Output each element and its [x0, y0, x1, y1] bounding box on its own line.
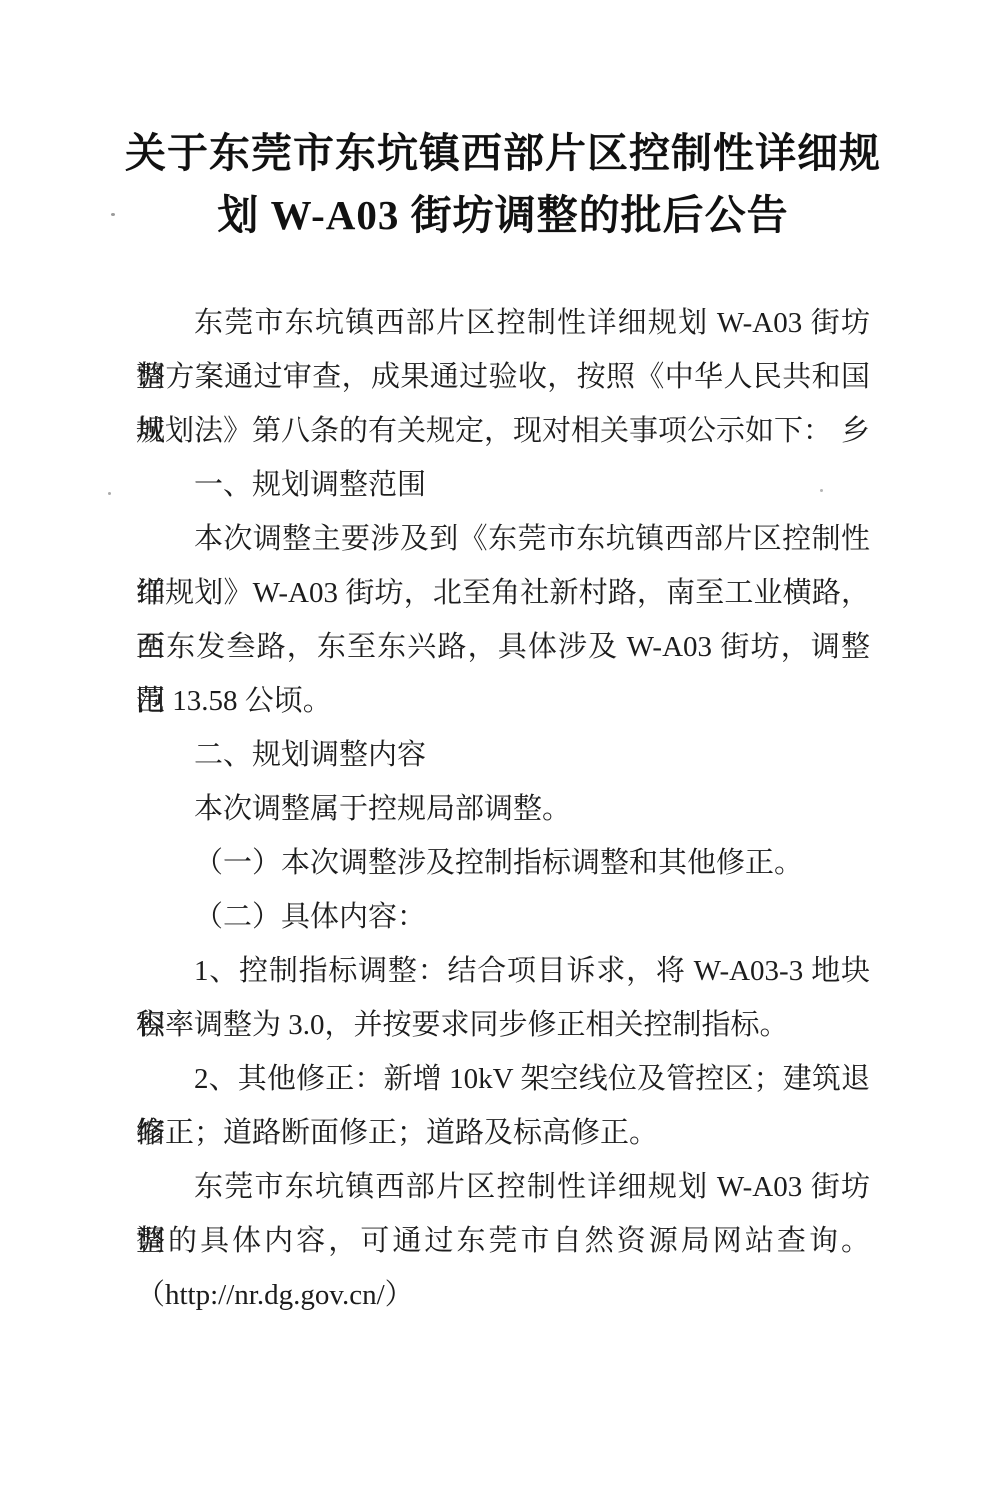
doc-line: 积率调整为 3.0，并按要求同步修正相关控制指标。 [136, 998, 870, 1052]
doc-line: 围 13.58 公顷。 [136, 674, 870, 728]
doc-line: 本次调整属于控规局部调整。 [136, 782, 870, 836]
doc-line: （一）本次调整涉及控制指标调整和其他修正。 [136, 836, 870, 890]
doc-line: 规划法》第八条的有关规定，现对相关事项公示如下： [136, 404, 870, 458]
section-heading-1: 一、规划调整范围 [136, 458, 870, 512]
doc-line: 东莞市东坑镇西部片区控制性详细规划 W-A03 街坊调 [136, 1160, 870, 1214]
website-url-text: （http://nr.dg.gov.cn/） [136, 1268, 870, 1322]
title-line-2: 划 W-A03 街坊调整的批后公告 [110, 184, 896, 246]
doc-line: 2、其他修正：新增 10kV 架空线位及管控区；建筑退缩 [136, 1052, 870, 1106]
announcement-page: 关于东莞市东坑镇西部片区控制性详细规 划 W-A03 街坊调整的批后公告 东莞市… [0, 0, 999, 1500]
scan-speck [108, 492, 111, 495]
doc-line: 本次调整主要涉及到《东莞市东坑镇西部片区控制性详 [136, 512, 870, 566]
document-body: 东莞市东坑镇西部片区控制性详细规划 W-A03 街坊调 整方案通过审查，成果通过… [136, 296, 870, 1322]
doc-line: 至东发叁路，东至东兴路，具体涉及 W-A03 街坊，调整范 [136, 620, 870, 674]
scan-speck [820, 489, 823, 492]
doc-line: （二）具体内容： [136, 890, 870, 944]
scan-speck [111, 213, 115, 216]
doc-line: 整的具体内容，可通过东莞市自然资源局网站查询。 [136, 1214, 870, 1268]
doc-line: 整方案通过审查，成果通过验收，按照《中华人民共和国城乡 [136, 350, 870, 404]
title-line-1: 关于东莞市东坑镇西部片区控制性详细规 [110, 122, 896, 184]
doc-line: 修正；道路断面修正；道路及标高修正。 [136, 1106, 870, 1160]
doc-line: 东莞市东坑镇西部片区控制性详细规划 W-A03 街坊调 [136, 296, 870, 350]
doc-line: 1、控制指标调整：结合项目诉求，将 W-A03-3 地块容 [136, 944, 870, 998]
doc-line: 细规划》W-A03 街坊，北至角社新村路，南至工业横路，西 [136, 566, 870, 620]
section-heading-2: 二、规划调整内容 [136, 728, 870, 782]
document-title: 关于东莞市东坑镇西部片区控制性详细规 划 W-A03 街坊调整的批后公告 [110, 122, 896, 246]
